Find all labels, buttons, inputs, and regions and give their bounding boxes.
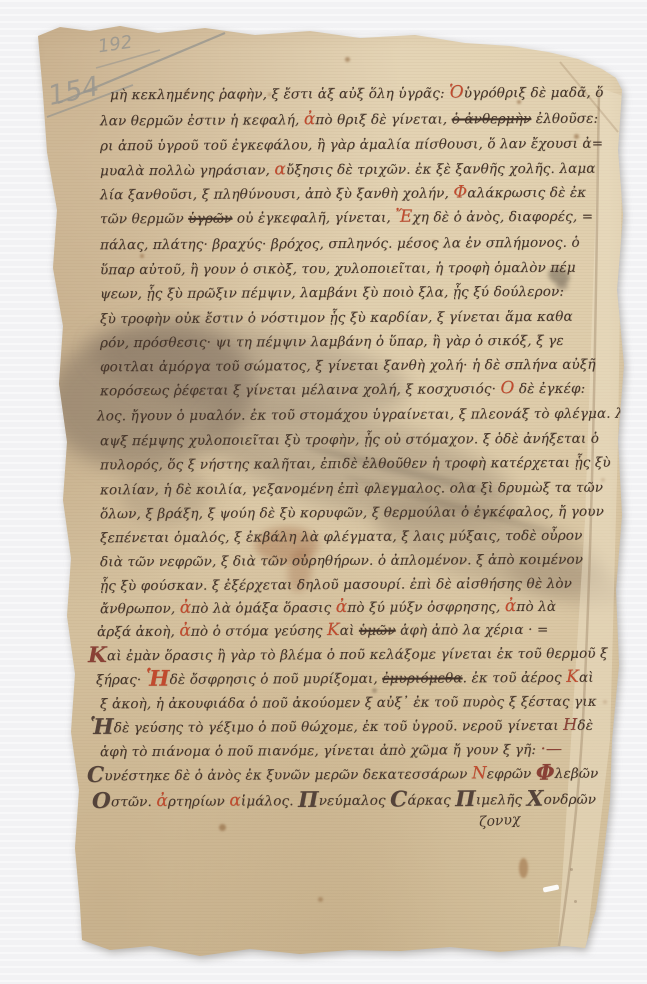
rubricated-letter: Ὁ [449,81,464,101]
manuscript-line: ψεων, ᾗς ξὺ πρῶξιν πέμψιν, λαμβάνι ξὺ πο… [100,284,564,302]
rubricated-letter: Ο [92,789,111,814]
ink-text: κορόσεως ῥέφεται ξ γίνεται μέλαινα χολή,… [100,381,501,399]
ink-text: ὅλων, ξ βράξη, ξ ψούη δὲ ξὺ κορυφῶν, ξ θ… [100,504,604,523]
rubricated-letter: ἀ [304,108,316,128]
ink-text: διὰ τῶν νεφρῶν, ξ διὰ τῶν οὐρηθήρων. ὁ ἀ… [100,552,583,571]
manuscript-line: ἄνθρωπον, ἀπὸ λὰ ὁμάξα ὅρασις ἀπὸ ξύ μύξ… [100,599,556,617]
rubricated-letter: Ἡ [90,715,114,740]
manuscript-line: διὰ τῶν νεφρῶν, ξ διὰ τῶν οὐρηθήρων. ὁ ἀ… [100,552,583,571]
ink-text: υνέστηκε δὲ ὁ ἀνὸς ἐκ ξυνῶν μερῶν δεκατε… [104,766,472,784]
ink-text: δὲ ἐγκέφ: [514,381,585,397]
rubricated-letter: Ν [472,762,487,782]
ink-text: ὕπαρ αὐτοῦ, ἢ γουν ὁ σικὸξ, του, χυλοποι… [100,260,576,278]
manuscript-line: πάλας, πλάτης· βραχύς· βρόχος, σπληνός. … [100,235,580,254]
paper-leaf: 192 154 μὴ κεκλημένης ῥαφὴν, ξ ἔστι ἁξ α… [0,0,647,984]
ink-text: ᾗς ξὺ φούσκαν. ξ ἐξέρχεται δηλοῦ μασουρί… [100,576,572,594]
ink-text: νεύμαλος [319,793,391,809]
ink-text: ὔξησις δὲ τριχῶν. ἐκ ξὲ ξανθῆς χολῆς. λα… [286,161,596,179]
ink-text: ὑγρόθριξ δὲ μαδᾶ, ὅ [464,85,604,102]
ink-text: στῶν. [111,794,156,810]
ink-text: αὶ [579,670,594,686]
rubricated-letter: ἀ [156,790,168,810]
struck-word: ὁ ἀνθερμὴν [452,111,532,127]
rubricated-letter: Κ [88,643,107,668]
ink-text: ψεων, ᾗς ξὺ πρῶξιν πέμψιν, λαμβάνι ξὺ πο… [100,284,564,302]
rubricated-letter: Φ [536,761,555,786]
rubricated-letter: ἀ [505,595,517,615]
rubricated-letter: Ϲ [390,787,407,812]
ink-text: λος. ἤγουν ὁ μυαλόν. ἐκ τοῦ στομάχου ὑγρ… [97,406,635,425]
manuscript-line: ᾗς ξὺ φούσκαν. ξ ἐξέρχεται δηλοῦ μασουρί… [100,576,572,594]
manuscript-line: Οστῶν. ἀρτηρίων αἱμάλος. Πνεύμαλος Ϲάρκα… [92,792,596,811]
rubricated-letter: α [274,158,286,178]
rubricated-letter: Χ [527,787,544,812]
ink-text: χη δὲ ὁ ἀνὸς, διαφορές, = [412,209,593,226]
manuscript-line: λαν θερμῶν ἐστιν ἡ κεφαλή, ἀπὸ θριξ δὲ γ… [100,111,598,130]
rubricated-letter: Ο [500,377,514,397]
ink-text: ιμελῆς [476,792,527,808]
ink-text: δὲ ὄσφρησις ὁ ποῦ μυρίξομαι, [170,671,383,688]
manuscript-line: λος. ἤγουν ὁ μυαλόν. ἐκ τοῦ στομάχου ὑγρ… [97,406,635,425]
ink-text: ἄνθρωπον, [100,601,180,617]
text-block: μὴ κεκλημένης ῥαφὴν, ξ ἔστι ἁξ αὐξ ὅλη ὑ… [0,0,647,984]
ink-text: λεβῶν [555,766,599,782]
ink-text: πὸ λὰ [516,599,556,615]
rubricated-letter: ἀ [180,597,192,617]
ink-text: ρι ἀποῦ ὑγροῦ τοῦ ἐγκεφάλου, ἢ γὰρ ἀμαλί… [100,136,603,155]
manuscript-line: ξ ἀκοὴ, ἡ ἀκουφιάδα ὁ ποῦ ἀκούομεν ξ αὐξ… [100,694,597,713]
manuscript-line: ἁφὴ τὸ πιάνομα ὁ ποῦ πιανόμε, γίνεται ἀπ… [100,742,562,760]
ink-text: ἁφὴ τὸ πιάνομα ὁ ποῦ πιανόμε, γίνεται ἀπ… [100,742,541,760]
manuscript-line: αψξ πέμψης χυλοποιεῖται ξὺ τροφὴν, ᾗς οὐ… [100,431,599,450]
struck-word: ὑμῶν [359,623,396,639]
ink-text: ἱμάλος. [241,793,298,809]
ink-text: λαν θερμῶν ἐστιν ἡ κεφαλή, [100,112,304,129]
struck-word: ἐμυριόμεθα [382,670,462,686]
manuscript-line: ἀρξά ἀκοὴ, ἀπὸ ὁ στόμα γεύσης Καὶ ὑμῶν ἁ… [97,622,548,640]
manuscript-line: κοιλίαν, ἡ δὲ κοιλία, γεξανομένη ἐπὶ φλε… [100,480,603,499]
ink-text: δὲ γεύσης τὸ γέξιμο ὁ ποῦ θώχομε, ἐκ τοῦ… [114,718,563,736]
manuscript-line: λία ξανθοῦσι, ξ πληθύνουσι, ἀπὸ ξὺ ξανθὴ… [100,185,586,204]
ink-text: δὲ [577,718,593,734]
rubricated-letter: Ϲ [87,763,104,788]
struck-word: ὑγρῶν [188,211,232,227]
ink-text: πυλορός, ὅς ξ νήστης καλῆται, ἐπιδὲ ἐλθο… [100,455,611,474]
manuscript-line: κορόσεως ῥέφεται ξ γίνεται μέλαινα χολή,… [100,381,585,400]
rubricated-letter: Κ [566,666,579,686]
rubricated-letter: Π [455,787,476,812]
ink-text: τῶν θερμῶν [100,211,188,227]
manuscript-line: Καὶ ἐμὰν ὅρασις ἢ γὰρ τὸ βλέμα ὁ ποῦ κελ… [88,646,608,665]
manuscript-line: ὅλων, ξ βράξη, ξ ψούη δὲ ξὺ κορυφῶν, ξ θ… [100,504,604,523]
manuscript-line: ξὺ τροφὴν οὐκ ἔστιν ὁ νόστιμον ᾗς ξὺ καρ… [100,309,573,327]
manuscript-line: φοιτλαι ἀμόργα τοῦ σώματος, ξ γίνεται ξα… [100,357,596,376]
rubricated-letter: Π [298,788,319,813]
manuscript-line: Ϲυνέστηκε δὲ ὁ ἀνὸς ἐκ ξυνῶν μερῶν δεκατ… [87,766,598,785]
ink-text: άρκας [407,792,455,808]
ink-text: ξὺ τροφὴν οὐκ ἔστιν ὁ νόστιμον ᾗς ξὺ καρ… [100,309,573,327]
ink-text: ονδρῶν [544,792,597,808]
ink-text: . ἐκ τοῦ ἀέρος [463,670,567,687]
manuscript-line: Ἡδὲ γεύσης τὸ γέξιμο ὁ ποῦ θώχομε, ἐκ το… [90,718,593,737]
ink-text: αὶ ἐμὰν ὅρασις ἢ γὰρ τὸ βλέμα ὁ ποῦ κελά… [107,646,608,665]
ink-text: ἀρξά ἀκοὴ, [97,624,179,640]
ink-text: οὐ ἐγκεφαλῆ, γίνεται, [232,210,395,227]
rubricated-letter: Ἔ [395,206,412,226]
ink-text: ξ ἀκοὴ, ἡ ἀκουφιάδα ὁ ποῦ ἀκούομεν ξ αὐξ… [100,694,597,713]
manuscript-line: ξεπένεται ὁμαλός, ξ ἐκβάλη λὰ φλέγματα, … [100,528,582,547]
manuscript-line: ρι ἀποῦ ὑγροῦ τοῦ ἐγκεφάλου, ἢ γὰρ ἀμαλί… [100,136,603,155]
ink-text: εφρῶν [487,766,536,782]
ink-text: λία ξανθοῦσι, ξ πληθύνουσι, ἀπὸ ξὺ ξανθὴ… [100,185,453,203]
rubricated-letter: Κ [327,619,340,639]
manuscript-line: ὕπαρ αὐτοῦ, ἢ γουν ὁ σικὸξ, του, χυλοποι… [100,260,576,278]
ink-text: μὴ κεκλημένης ῥαφὴν, ξ ἔστι ἁξ αὐξ ὅλη ὑ… [110,86,449,104]
manuscript-page: 192 154 μὴ κεκλημένης ῥαφὴν, ξ ἔστι ἁξ α… [0,0,647,984]
ink-text: ρτηρίων [168,794,230,810]
ink-text: ξήρας· [96,672,146,688]
rubricated-letter: ·— [540,739,562,758]
ink-text: ξεπένεται ὁμαλός, ξ ἐκβάλη λὰ φλέγματα, … [100,528,582,547]
manuscript-line: τῶν θερμῶν ὑγρῶν οὐ ἐγκεφαλῆ, γίνεται, Ἔ… [100,209,593,228]
manuscript-line: μὴ κεκλημένης ῥαφὴν, ξ ἔστι ἁξ αὐξ ὅλη ὑ… [110,85,604,104]
ink-text: πὸ λὰ ὁμάξα ὅρασις [191,600,336,617]
rubricated-letter: Φ [453,181,467,201]
manuscript-line: πυλορός, ὅς ξ νήστης καλῆται, ἐπιδὲ ἐλθο… [100,455,611,474]
rubricated-letter: Η [563,715,577,734]
rubricated-letter: Ἡ [146,667,170,692]
ink-text: κοιλίαν, ἡ δὲ κοιλία, γεξανομένη ἐπὶ φλε… [100,480,603,499]
rubricated-letter: α [229,790,241,810]
ink-text: πάλας, πλάτης· βραχύς· βρόχος, σπληνός. … [100,235,580,254]
ink-text: αψξ πέμψης χυλοποιεῖται ξὺ τροφὴν, ᾗς οὐ… [100,431,599,450]
ink-text: ἐλθοῦσε: [531,111,598,127]
manuscript-line: ξήρας· Ἡδὲ ὄσφρησις ὁ ποῦ μυρίξομαι, ἐμυ… [96,670,594,689]
ink-text: μυαλὰ πολλὼ γηράσιαν, [100,162,274,179]
ink-text: πὸ ξύ μύξν ὀσφρησης, [347,599,505,616]
catchword: ζονυχ [478,812,521,831]
ink-text: αλάκρωσις δὲ ἐκ [467,185,586,202]
manuscript-line: μυαλὰ πολλὼ γηράσιαν, αὔξησις δὲ τριχῶν.… [100,161,596,180]
ink-text: πὸ ὁ στόμα γεύσης [191,623,327,640]
ink-text: ρόν, πρόσθεσις· ψι τη πέμψιν λαμβάνη ὁ ὕ… [100,333,564,351]
manuscript-line: ρόν, πρόσθεσις· ψι τη πέμψιν λαμβάνη ὁ ὕ… [100,333,564,351]
ink-text: αὶ [340,623,359,639]
ink-text: φοιτλαι ἀμόργα τοῦ σώματος, ξ γίνεται ξα… [100,357,596,376]
ink-text: πὸ θριξ δὲ γίνεται, [315,111,451,128]
scan-background: 192 154 μὴ κεκλημένης ῥαφὴν, ξ ἔστι ἁξ α… [0,0,647,984]
rubricated-letter: ἀ [179,620,191,640]
ink-text: ἁφὴ ἀπὸ λα χέρια · = [396,622,549,639]
rubricated-letter: ἀ [336,596,348,616]
